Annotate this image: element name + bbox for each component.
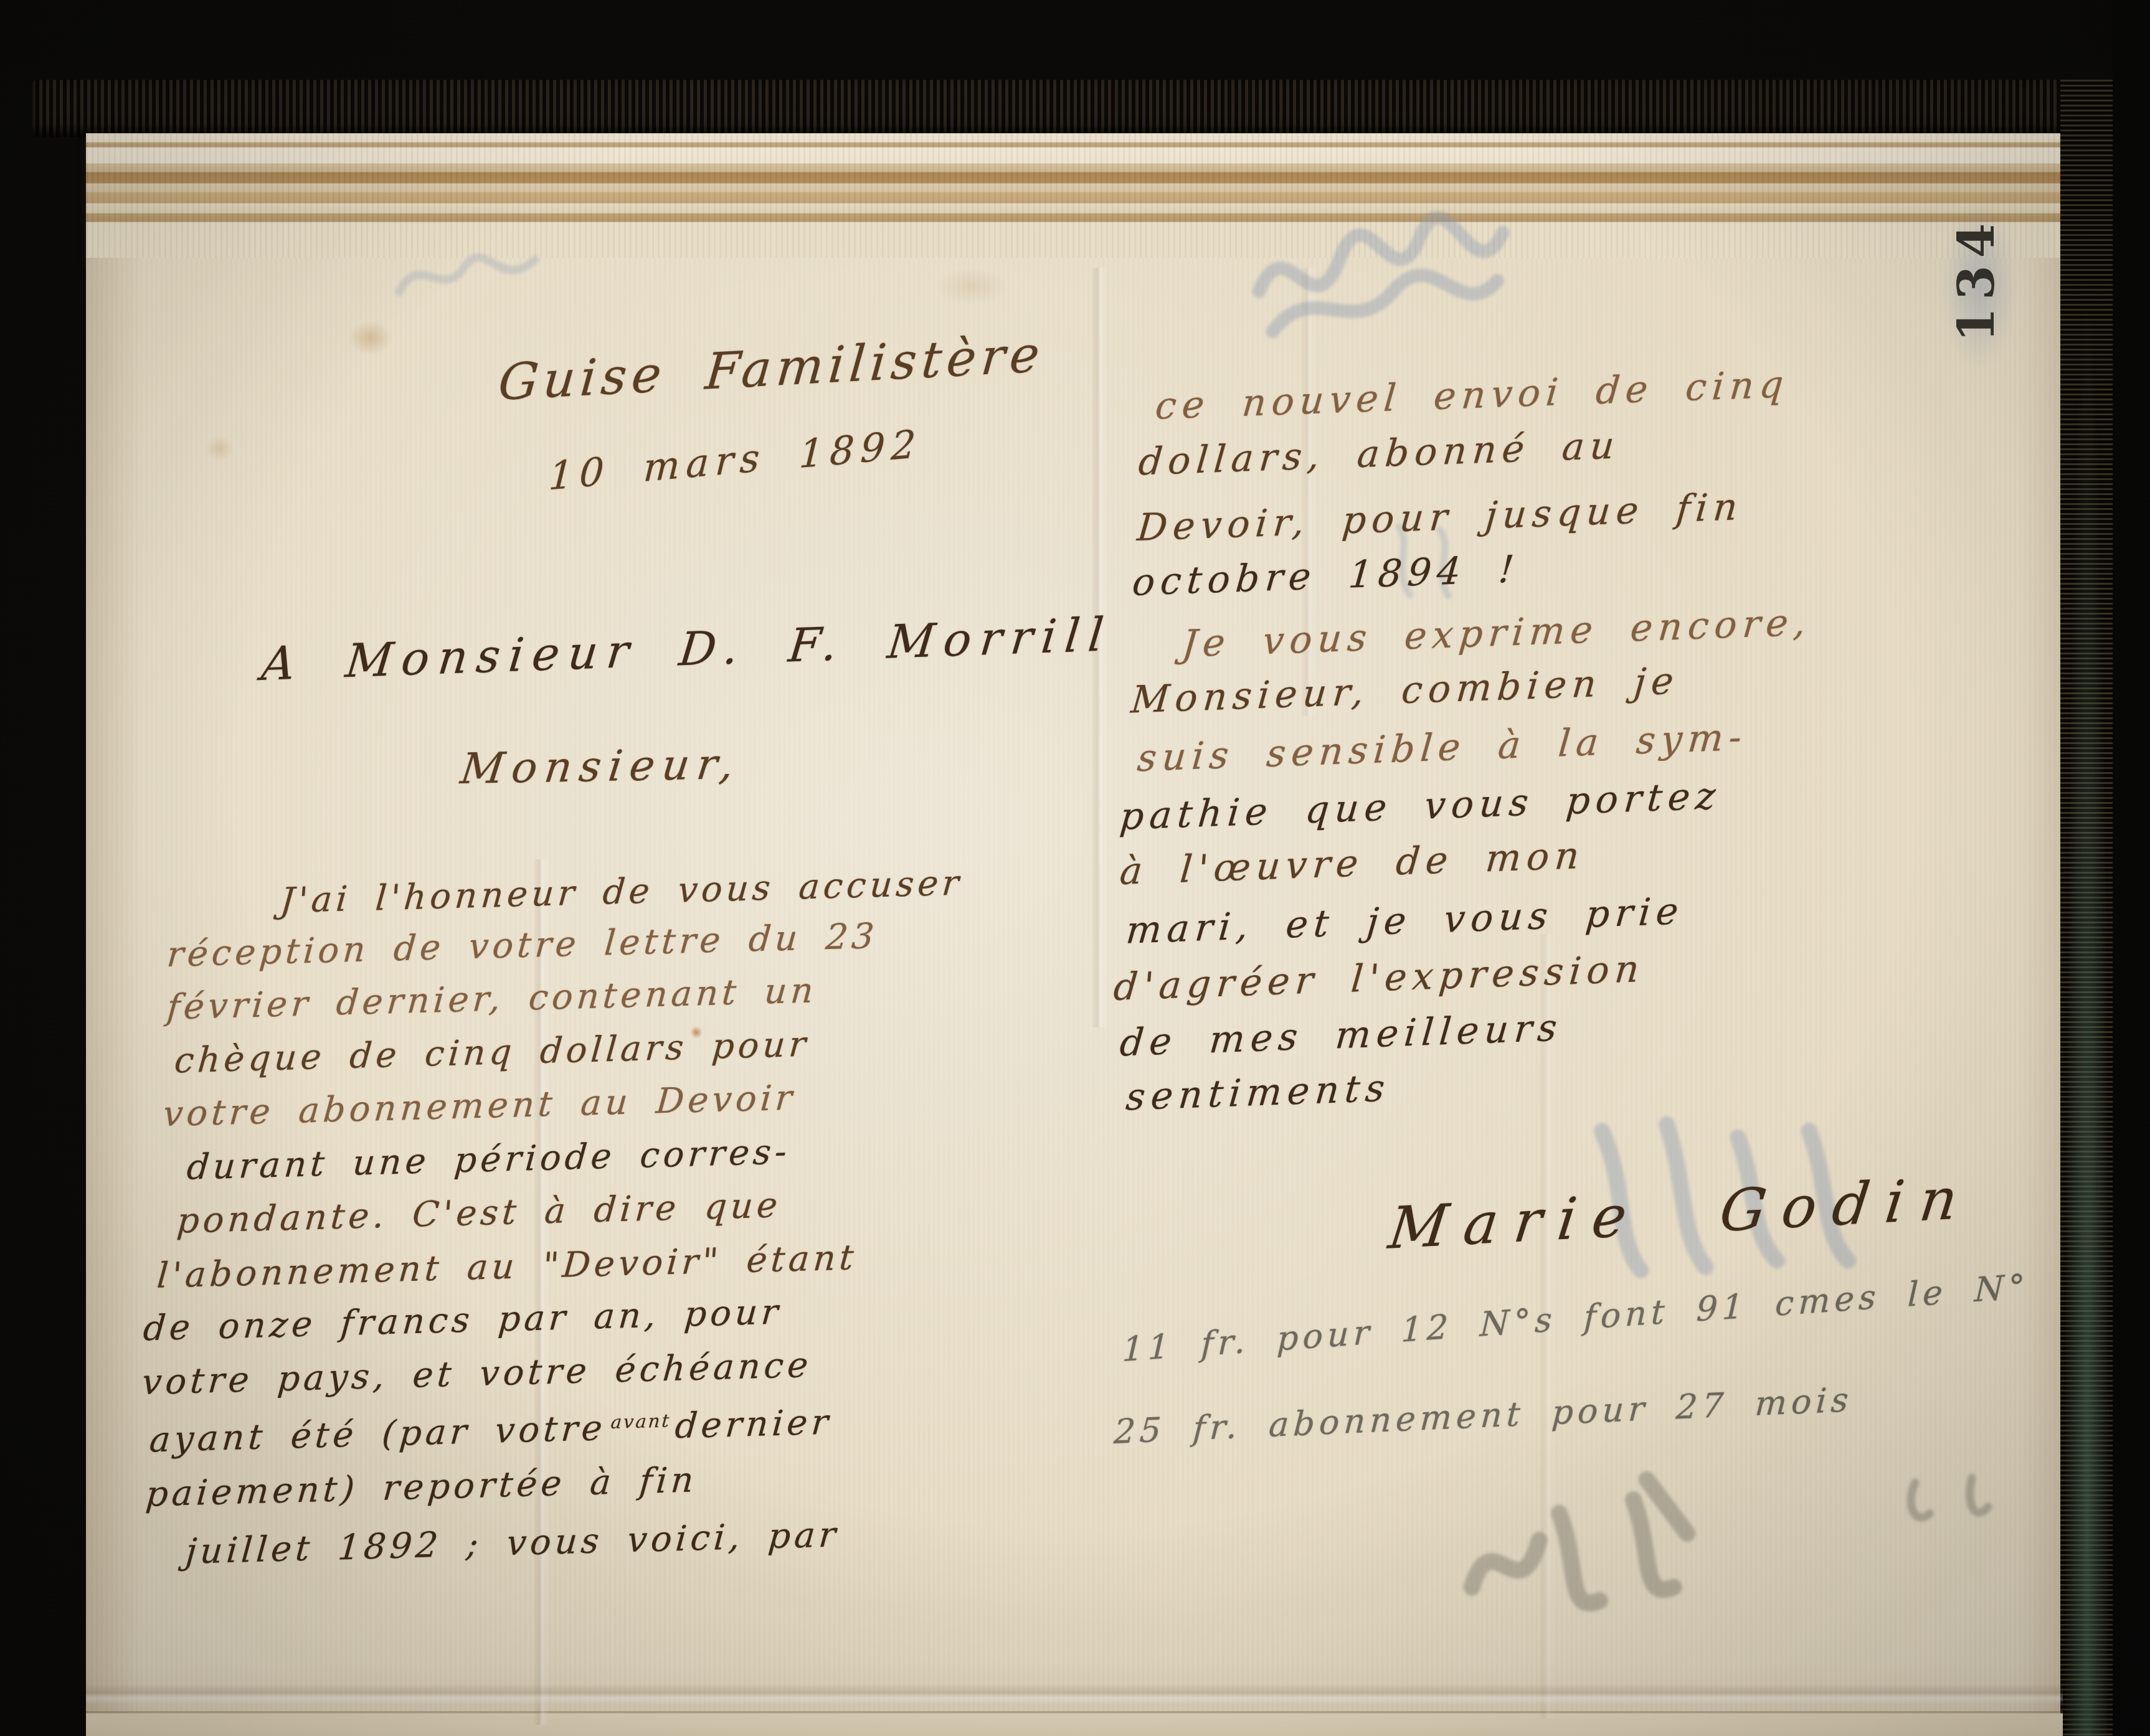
salutation: Monsieur, [458, 740, 744, 794]
fox-stain [206, 436, 234, 461]
backdrop [2113, 0, 2150, 1736]
ghost-writing [1246, 181, 1513, 349]
scanned-letter-photo: 134 Guise Familistère 10 mars 1892 A Mon… [0, 0, 2150, 1736]
page-bottom-fold [86, 1711, 2063, 1736]
body-text: dernier [673, 1402, 833, 1447]
page-number-stamp: 134 [1948, 207, 2005, 351]
ghost-writing [1445, 1420, 1781, 1687]
fox-stain [934, 268, 1009, 305]
ghost-writing [386, 212, 548, 324]
interline-insertion: avant [610, 1410, 671, 1433]
page-stack-edges [86, 133, 2077, 260]
fox-stain [349, 321, 392, 355]
ghost-writing [1875, 1401, 2037, 1613]
book-binding-cloth [2060, 80, 2114, 1736]
book-cover-top-edge [32, 80, 2111, 137]
